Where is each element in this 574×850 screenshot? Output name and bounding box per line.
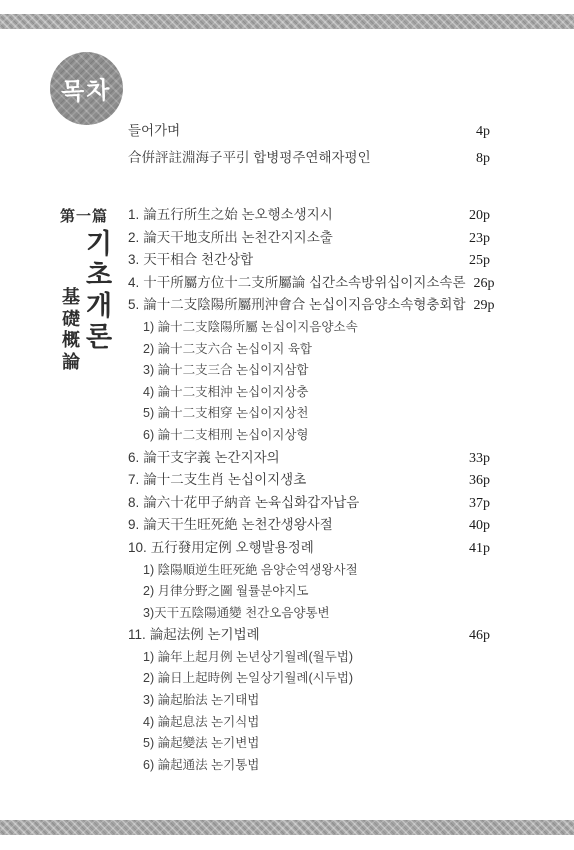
toc-subitem: 5) 論起變法 논기변법 <box>128 733 490 755</box>
toc-subitem-title: 5) 論起變法 논기변법 <box>143 733 259 755</box>
toc-item-page: 29p <box>466 295 495 317</box>
toc-subitem-title: 1) 陰陽順逆生旺死絶 음양순역생왕사절 <box>143 560 358 582</box>
toc-subitem: 2) 論日上起時例 논일상기월례(시두법) <box>128 668 490 690</box>
toc-subitem: 1) 論十二支陰陽所屬 논십이지음양소속 <box>128 317 490 339</box>
intro-list: 들어가며 4p 合倂評註淵海子平引 합병평주연해자평인 8p <box>128 118 490 172</box>
toc-item-title: 論干支字義 논간지자의 <box>143 450 279 465</box>
toc-subitem-title: 3) 論十二支三合 논십이지삼합 <box>143 360 309 382</box>
toc-subitem-title: 4) 論十二支相沖 논십이지상충 <box>143 382 309 404</box>
toc-list: 1.論五行所生之始 논오행소생지시 20p 2.論天干地支所出 논천간지지소출 … <box>128 204 490 776</box>
section-title-char: 概 <box>62 330 80 352</box>
toc-item-page: 20p <box>461 205 490 227</box>
toc-subitem: 1) 論年上起月例 논년상기월례(월두법) <box>128 647 490 669</box>
toc-subitem: 5) 論十二支相穿 논십이지상천 <box>128 403 490 425</box>
section-title-char: 基 <box>62 287 80 309</box>
section-title-char: 礎 <box>62 309 80 331</box>
section-title-char: 초 <box>86 260 112 291</box>
toc-item-page: 23p <box>461 228 490 250</box>
toc-subitem-title: 1) 論年上起月例 논년상기월례(월두법) <box>143 647 353 669</box>
intro-page-number: 4p <box>468 119 490 145</box>
toc-subitem: 2) 月律分野之圖 월률분야지도 <box>128 581 490 603</box>
section-title-char: 論 <box>62 352 80 374</box>
toc-subitem-title: 6) 論起通法 논기통법 <box>143 755 259 777</box>
toc-item-page: 40p <box>461 515 490 537</box>
toc-item-page: 26p <box>466 273 495 295</box>
intro-row: 合倂評註淵海子平引 합병평주연해자평인 8p <box>128 145 490 172</box>
toc-item: 11.論起法例 논기법례 46p <box>128 624 490 647</box>
toc-subitem: 3) 論十二支三合 논십이지삼합 <box>128 360 490 382</box>
toc-subitem: 6) 論十二支相刑 논십이지상형 <box>128 425 490 447</box>
toc-subitem-title: 5) 論十二支相穿 논십이지상천 <box>143 403 309 425</box>
toc-subitem-title: 2) 論日上起時例 논일상기월례(시두법) <box>143 668 353 690</box>
toc-subitem-title: 6) 論十二支相刑 논십이지상형 <box>143 425 309 447</box>
toc-item-title: 天干相合 천간상합 <box>143 252 253 267</box>
toc-item: 8.論六十花甲子納音 논육십화갑자납음 37p <box>128 492 490 515</box>
toc-item-number: 4. <box>128 275 139 290</box>
toc-item-number: 3. <box>128 252 139 267</box>
toc-subitem: 4) 論起息法 논기식법 <box>128 712 490 734</box>
toc-item-page: 37p <box>461 493 490 515</box>
toc-item-number: 8. <box>128 495 139 510</box>
toc-item-title: 論五行所生之始 논오행소생지시 <box>143 207 333 222</box>
toc-item-page: 36p <box>461 470 490 492</box>
intro-title: 들어가며 <box>128 118 180 144</box>
toc-item-page: 46p <box>461 625 490 647</box>
toc-item-number: 11. <box>128 627 146 642</box>
toc-item: 10.五行發用定例 오행발용정례 41p <box>128 537 490 560</box>
toc-item-number: 6. <box>128 450 139 465</box>
section-title-char: 개 <box>86 291 112 322</box>
toc-item-title: 論十二支陰陽所屬刑沖會合 논십이지음양소속형충회합 <box>143 297 465 312</box>
toc-item: 1.論五行所生之始 논오행소생지시 20p <box>128 204 490 227</box>
toc-subitem: 6) 論起通法 논기통법 <box>128 755 490 777</box>
toc-item-number: 10. <box>128 540 147 555</box>
toc-stamp: 목차 <box>50 52 123 125</box>
toc-item-number: 9. <box>128 517 139 532</box>
toc-item-title: 十干所屬方位十二支所屬論 십간소속방위십이지소속론 <box>143 275 465 290</box>
section-title-char: 론 <box>86 322 112 353</box>
decorative-pattern-band-top <box>0 14 574 29</box>
toc-item-title: 五行發用定例 오행발용정례 <box>151 540 314 555</box>
toc-subitem-title: 3)天干五陰陽通變 천간오음양통변 <box>143 603 330 625</box>
toc-subitem-title: 3) 論起胎法 논기태법 <box>143 690 259 712</box>
toc-item: 7.論十二支生肖 논십이지생초 36p <box>128 469 490 492</box>
toc-item-number: 2. <box>128 230 139 245</box>
toc-item: 2.論天干地支所出 논천간지지소출 23p <box>128 227 490 250</box>
toc-item: 5.論十二支陰陽所屬刑沖會合 논십이지음양소속형충회합 29p <box>128 294 490 317</box>
toc-subitem: 1) 陰陽順逆生旺死絶 음양순역생왕사절 <box>128 560 490 582</box>
section-title-char: 기 <box>86 229 112 260</box>
part-label: 第一篇 <box>60 205 110 226</box>
toc-item: 9.論天干生旺死絶 논천간생왕사절 40p <box>128 514 490 537</box>
section-title-hanja-vertical: 基 礎 概 論 <box>59 287 83 373</box>
section-title-korean-vertical: 기 초 개 론 <box>83 229 115 353</box>
toc-item-title: 論天干地支所出 논천간지지소출 <box>143 230 333 245</box>
toc-item-title: 論六十花甲子納音 논육십화갑자납음 <box>143 495 359 510</box>
toc-item-page: 33p <box>461 448 490 470</box>
toc-subitem-title: 1) 論十二支陰陽所屬 논십이지음양소속 <box>143 317 358 339</box>
toc-item-page: 25p <box>461 250 490 272</box>
toc-item-title: 論起法例 논기법례 <box>150 627 260 642</box>
toc-item-page: 41p <box>461 538 490 560</box>
toc-subitem-title: 4) 論起息法 논기식법 <box>143 712 259 734</box>
toc-item-number: 7. <box>128 472 139 487</box>
toc-subitem: 3)天干五陰陽通變 천간오음양통변 <box>128 603 490 625</box>
toc-item-title: 論十二支生肖 논십이지생초 <box>143 472 306 487</box>
toc-item: 3.天干相合 천간상합 25p <box>128 249 490 272</box>
toc-stamp-label: 목차 <box>61 70 113 107</box>
decorative-pattern-band-bottom <box>0 820 574 835</box>
toc-subitem: 4) 論十二支相沖 논십이지상충 <box>128 382 490 404</box>
toc-subitem-title: 2) 論十二支六合 논십이지 육합 <box>143 339 312 361</box>
toc-item: 6.論干支字義 논간지자의 33p <box>128 447 490 470</box>
intro-row: 들어가며 4p <box>128 118 490 145</box>
toc-item-title: 論天干生旺死絶 논천간생왕사절 <box>143 517 333 532</box>
toc-subitem: 3) 論起胎法 논기태법 <box>128 690 490 712</box>
toc-subitem-title: 2) 月律分野之圖 월률분야지도 <box>143 581 309 603</box>
intro-page-number: 8p <box>468 146 490 172</box>
toc-item-number: 1. <box>128 207 139 222</box>
toc-item: 4.十干所屬方位十二支所屬論 십간소속방위십이지소속론 26p <box>128 272 490 295</box>
intro-title: 合倂評註淵海子平引 합병평주연해자평인 <box>128 145 371 171</box>
toc-subitem: 2) 論十二支六合 논십이지 육합 <box>128 339 490 361</box>
toc-item-number: 5. <box>128 297 139 312</box>
